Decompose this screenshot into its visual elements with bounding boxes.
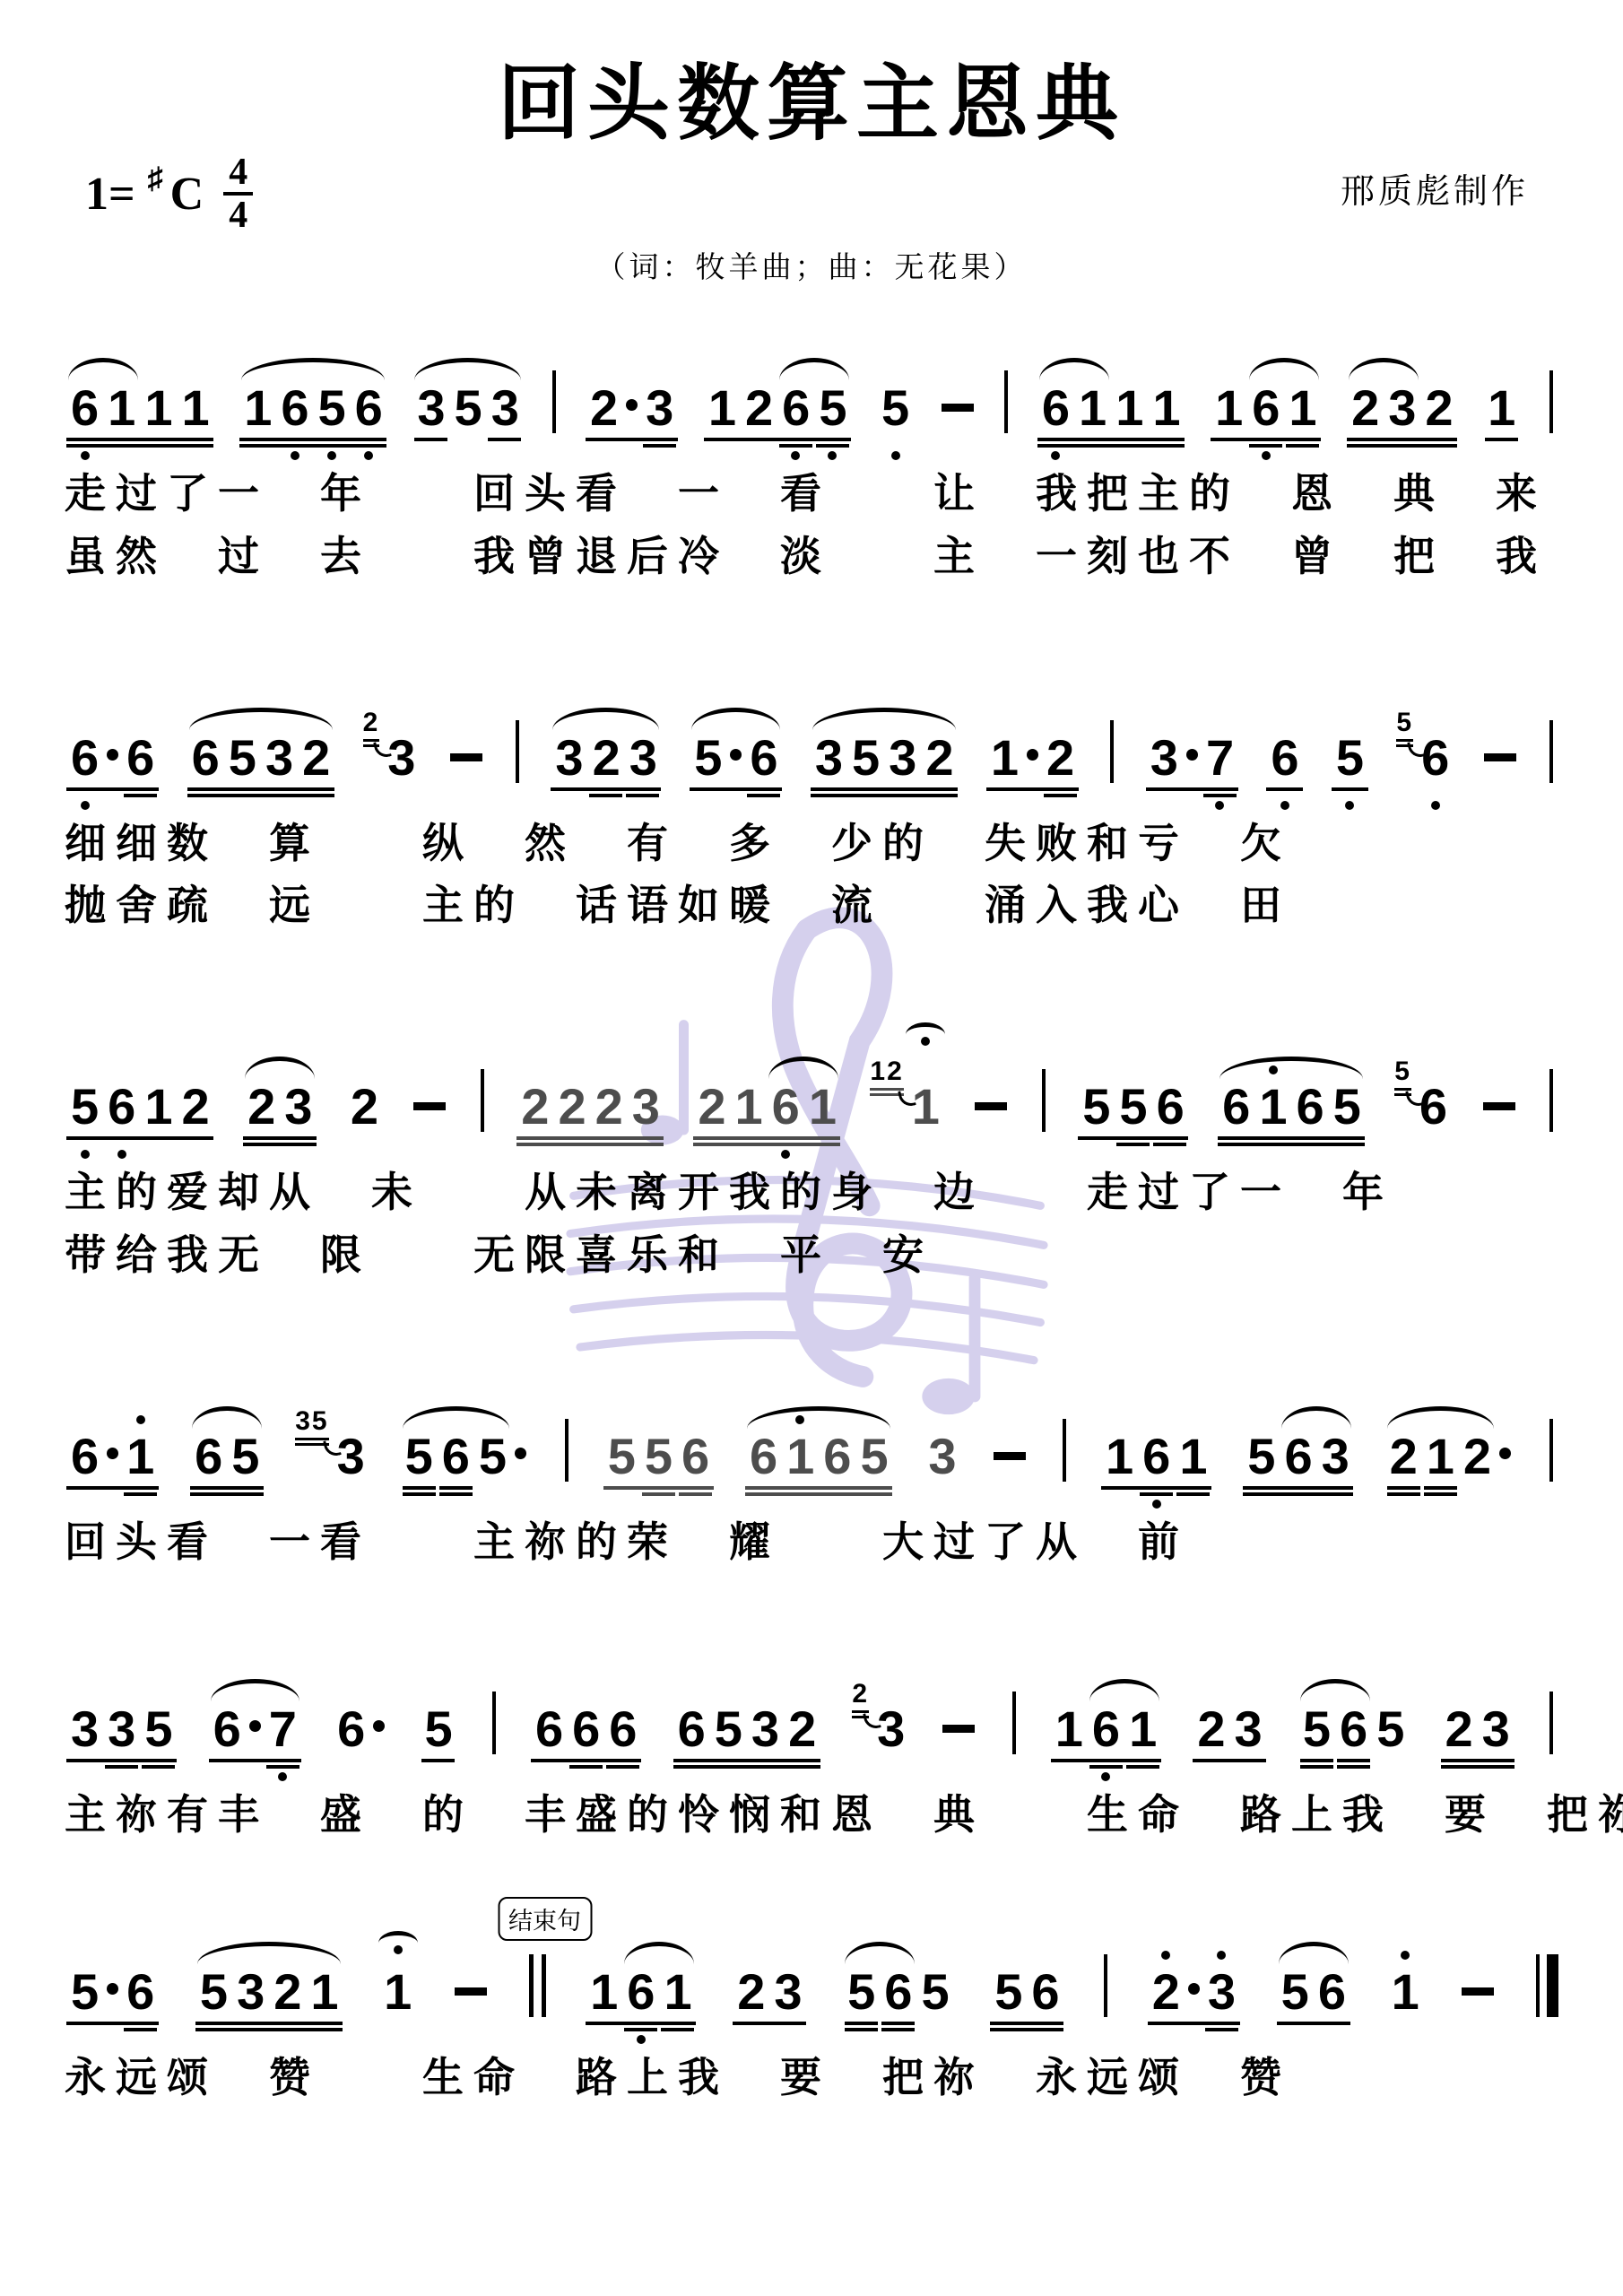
note-digit: 3 <box>625 733 662 783</box>
beam-underline <box>1441 1759 1515 1762</box>
grace-notes: 2 <box>852 1681 869 1718</box>
beam-underline <box>1243 1492 1353 1496</box>
octave-dot-low <box>1215 801 1224 810</box>
lyrics-verse1: 主的爱却从 未 从未离开我的身 边 走过了一 年 <box>65 1166 1558 1220</box>
note-digit: 1 <box>379 1967 416 2017</box>
note-digit: 5 <box>916 1967 953 2017</box>
note-digit: 2 <box>586 383 622 433</box>
note-digit: 3 <box>487 383 524 433</box>
beam-underline <box>690 787 782 791</box>
note-digit: 3 <box>232 1967 269 2017</box>
beam-underline-partial <box>881 2022 915 2025</box>
note-digit: 5 <box>1372 1704 1409 1754</box>
note-group: 23 <box>1439 1672 1516 1776</box>
sharp-icon: ♯ <box>148 162 163 196</box>
note-digit: 5 <box>140 1704 177 1754</box>
beam-underline <box>1078 1136 1188 1140</box>
slur-arc <box>779 358 849 380</box>
time-signature: 4 4 <box>223 152 253 235</box>
beam-underline-partial <box>1203 794 1237 797</box>
note-digit: 3 <box>769 1967 806 2017</box>
beam-underline-partial <box>266 1765 299 1769</box>
slur-arc <box>747 1406 890 1429</box>
beam-underline-partial <box>1044 794 1077 797</box>
beam-underline-partial <box>1286 444 1319 448</box>
note-digit: 3 <box>1384 383 1420 433</box>
note-group: 56 <box>688 700 784 804</box>
beam-underline-partial <box>439 1492 473 1496</box>
beam-underline-partial <box>845 2022 878 2025</box>
slur-arc <box>624 1942 694 1964</box>
barline <box>1549 1692 1553 1754</box>
note-digit: 6 <box>276 383 313 433</box>
octave-dot-low <box>364 451 373 460</box>
note-digit: 2 <box>298 733 334 783</box>
note-digit: 6 <box>1415 1082 1452 1132</box>
note-digit: 6 <box>351 383 387 433</box>
beam-underline <box>745 1486 892 1490</box>
barline <box>1549 370 1553 433</box>
grace-notes: 5 <box>1394 1058 1411 1096</box>
note-digit: 2 <box>733 1967 769 2017</box>
beam-underline-partial <box>1126 1765 1159 1769</box>
note-group: 1 <box>378 1935 418 2039</box>
octave-dot-low <box>1345 801 1354 810</box>
slur-arc <box>812 708 956 730</box>
sheet-music-page: 回头数算主恩典 1=♯C 4 4 邢质彪制作 （词：牧羊曲；曲：无花果） 611… <box>0 0 1623 2296</box>
note-digit: 1 <box>986 733 1023 783</box>
note-digit: 2 <box>1347 383 1384 433</box>
note-group: 2223 <box>515 1049 666 1153</box>
note-group: 23 <box>1191 1672 1268 1776</box>
note-digit: 6 <box>880 1967 916 2017</box>
beam-underline <box>1037 444 1185 448</box>
lyrics-verse1: 永远颂 赞 生命 路上我 要 把祢 永远颂 赞 <box>65 2051 1558 2105</box>
note-digit: 1 <box>1284 383 1321 433</box>
note-group: 1 <box>1385 1935 1426 2039</box>
beam-underline-partial <box>1337 1759 1370 1762</box>
beam-underline <box>990 2022 1063 2025</box>
note-digit: 5 <box>1115 1082 1151 1132</box>
note-digit: 5 <box>990 1967 1027 2017</box>
beam-underline-partial <box>589 794 622 797</box>
note-group: 2161 <box>691 1049 843 1153</box>
beam-underline-partial <box>624 2028 657 2031</box>
beam-underline <box>195 2022 343 2025</box>
note-digit: 2 <box>516 1082 553 1132</box>
beam-underline-partial <box>816 444 849 448</box>
note-digit: 6 <box>1027 1967 1063 2017</box>
note-group: 353 <box>411 351 525 455</box>
note-digit: 5 <box>1298 1704 1335 1754</box>
note-group: 5612 <box>65 1049 216 1153</box>
note-digit <box>369 1704 388 1754</box>
dash-note <box>1483 1102 1515 1110</box>
note-digit: 2 <box>177 1082 213 1132</box>
beam-underline-partial <box>1176 1492 1210 1496</box>
slur-arc <box>552 708 659 730</box>
note-digit <box>1185 1967 1203 2017</box>
octave-dot-low <box>81 801 90 810</box>
note-group: 161 <box>1209 351 1323 455</box>
beam-underline <box>1218 1143 1365 1146</box>
note-digit: 1 <box>140 1082 177 1132</box>
beam-underline-partial <box>881 2028 915 2031</box>
note-digit: 3 <box>1146 733 1183 783</box>
notes-row: 61111656353231265561111612321 <box>65 336 1558 455</box>
dash-note <box>942 404 974 412</box>
beam-underline <box>693 1136 840 1140</box>
note-digit: 3 <box>412 383 449 433</box>
duration-dot <box>107 1448 118 1459</box>
note-digit: 7 <box>1202 733 1238 783</box>
beam-underline <box>66 438 213 441</box>
note-digit: 6 <box>1088 1704 1124 1754</box>
note-digit <box>103 1967 122 2017</box>
note-digit: 3 <box>628 1082 664 1132</box>
lyrics-verse1: 细细数 算 纵 然 有 多 少的 失败和亏 欠 <box>65 817 1558 871</box>
note-digit <box>1023 733 1042 783</box>
slur-arc <box>845 1942 915 1964</box>
note-digit: 1 <box>704 383 741 433</box>
time-numerator: 4 <box>223 152 253 196</box>
note-group: 56 <box>988 1935 1065 2039</box>
barline <box>565 1419 568 1482</box>
note-digit: 2 <box>1148 1967 1185 2017</box>
note-digit <box>726 733 745 783</box>
note-digit: 1 <box>239 383 276 433</box>
beam-underline-partial <box>124 2028 157 2031</box>
beam-underline-partial <box>569 1765 603 1769</box>
slur-arc <box>403 1406 509 1429</box>
note-digit: 6 <box>568 1704 604 1754</box>
note-digit: 5 <box>710 1704 747 1754</box>
note-digit: 1 <box>1422 1431 1459 1482</box>
beam-underline <box>1193 1759 1266 1762</box>
beam-underline <box>187 794 334 797</box>
note-digit <box>511 1431 530 1482</box>
note-digit: 2 <box>588 733 625 783</box>
octave-dot-low <box>1051 451 1060 460</box>
beam-underline <box>1347 438 1457 441</box>
slur-arc <box>768 1057 838 1079</box>
note-digit: 6 <box>1218 1082 1254 1132</box>
fermata-dot <box>394 1945 403 1954</box>
beam-underline <box>239 438 386 441</box>
note-group: 565 <box>841 1935 955 2039</box>
octave-dot-low <box>1262 451 1271 460</box>
slur-arc <box>1387 1406 1494 1429</box>
note-digit: 6 <box>768 1082 804 1132</box>
note-digit: 2 <box>921 733 958 783</box>
note-digit <box>103 733 122 783</box>
note-group: 6165 <box>743 1399 895 1503</box>
beam-underline-partial <box>661 2028 694 2031</box>
barline <box>1110 720 1114 783</box>
note-digit: 2 <box>1193 1704 1229 1754</box>
double-barline: 结束句 <box>529 1954 546 2017</box>
note-digit: 3 <box>66 1704 103 1754</box>
arranger-credit: 邢质彪制作 <box>1341 163 1529 213</box>
note-group: 56 <box>1393 1026 1454 1153</box>
note-digit: 7 <box>265 1704 301 1754</box>
note-digit: 1 <box>140 383 177 433</box>
note-digit: 5 <box>847 733 884 783</box>
grace-notes: 5 <box>1396 709 1413 747</box>
note-digit: 6 <box>531 1704 568 1754</box>
system: 61111656353231265561111612321走过了一 年 回头看 … <box>65 336 1558 584</box>
duration-dot <box>249 1720 261 1732</box>
note-digit: 6 <box>1037 383 1074 433</box>
note-digit: 6 <box>1152 1082 1189 1132</box>
note-digit: 6 <box>190 1431 227 1482</box>
note-group: 1 <box>1481 351 1522 455</box>
note-digit: 6 <box>438 1431 474 1482</box>
beam-underline <box>986 787 1079 791</box>
system: 6665322332356353212376556细细数 算 纵 然 有 多 少… <box>65 677 1558 934</box>
note-group: 5 <box>875 351 916 455</box>
slur-arc <box>241 358 385 380</box>
grace-notes: 2 <box>363 709 380 747</box>
note-digit: 2 <box>693 1082 730 1132</box>
note-digit: 2 <box>741 383 777 433</box>
beam-underline-partial <box>779 444 812 448</box>
note-digit: 6 <box>122 1967 159 2017</box>
note-digit: 1 <box>306 1967 343 2017</box>
note-digit <box>1183 733 1202 783</box>
beam-underline <box>1218 1136 1365 1140</box>
ending-phrase-label: 结束句 <box>498 1897 592 1941</box>
beam-underline <box>745 1492 892 1496</box>
barline <box>1063 1419 1066 1482</box>
beam-underline <box>1051 1759 1161 1762</box>
note-digit: 6 <box>333 1704 369 1754</box>
beam-underline-partial <box>403 1486 436 1490</box>
slur-arc <box>245 1057 315 1079</box>
note-group: 335 <box>65 1672 178 1776</box>
song-title: 回头数算主恩典 <box>0 38 1623 156</box>
octave-dot-low <box>117 1150 126 1159</box>
note-digit: 1 <box>804 1082 841 1132</box>
note-digit: 5 <box>195 1967 232 2017</box>
slur-arc <box>1300 1679 1370 1701</box>
beam-underline <box>811 787 958 791</box>
beam-underline-partial <box>421 1759 455 1762</box>
note-digit: 5 <box>224 733 261 783</box>
beam-underline <box>603 1486 714 1490</box>
beam-underline-partial <box>643 444 676 448</box>
beam-underline <box>195 2028 343 2031</box>
beam-underline-partial <box>1249 444 1282 448</box>
beam-underline <box>66 1759 177 1762</box>
beam-underline <box>66 787 159 791</box>
note-group: 353 <box>293 1376 371 1503</box>
lyricist-composer-line: （词：牧羊曲；曲：无花果） <box>0 244 1623 286</box>
note-digit: 2 <box>269 1967 306 2017</box>
octave-dot-low <box>828 451 837 460</box>
note-digit: 1 <box>1175 1431 1211 1482</box>
beam-underline <box>811 794 958 797</box>
duration-dot <box>730 749 742 761</box>
notes-row: 561223222232161121556616556 <box>65 1026 1558 1153</box>
beam-underline <box>1101 1486 1211 1490</box>
lyrics-verse1: 主祢有丰 盛 的 丰盛的怜悯和恩 典 生命 路上我 要 把祢 <box>65 1788 1558 1842</box>
note-digit: 5 <box>227 1431 264 1482</box>
lyrics-verse1: 回头看 一看 主祢的荣 耀 大过了从 前 <box>65 1516 1558 1570</box>
beam-underline-partial <box>1300 1765 1333 1769</box>
note-group: 3532 <box>809 700 960 804</box>
beam-underline <box>66 1486 159 1490</box>
grace-notes: 12 <box>870 1058 903 1096</box>
note-group: 161 <box>1049 1672 1163 1776</box>
beam-underline <box>586 438 678 441</box>
beam-underline-partial <box>142 1765 175 1769</box>
duration-dot <box>1027 749 1038 761</box>
note-digit: 6 <box>209 1704 246 1754</box>
note-digit: 6 <box>1291 1082 1328 1132</box>
note-digit: 2 <box>591 1082 628 1132</box>
beam-underline <box>704 438 851 441</box>
note-digit: 5 <box>450 383 487 433</box>
note-group: 556 <box>602 1399 716 1503</box>
note-digit: 5 <box>640 1431 677 1482</box>
note-digit: 1 <box>1074 383 1111 433</box>
note-group: 61 <box>65 1399 161 1503</box>
note-digit: 3 <box>103 1704 140 1754</box>
slur-arc <box>1349 358 1419 380</box>
system: 561223222232161121556616556主的爱却从 未 从未离开我… <box>65 1026 1558 1283</box>
note-digit <box>103 1431 122 1482</box>
note-group: 56 <box>65 1935 161 2039</box>
beam-underline-partial <box>1387 1492 1420 1496</box>
note-digit: 3 <box>924 1431 960 1482</box>
note-digit: 5 <box>1332 733 1368 783</box>
note-digit: 3 <box>261 733 298 783</box>
note-digit: 6 <box>1247 383 1284 433</box>
lyrics-verse2: 抛舍疏 远 主的 话语如暖 流 涌入我心 田 <box>65 879 1558 933</box>
note-group: 6 <box>331 1672 390 1776</box>
beam-underline-partial <box>1424 1486 1457 1490</box>
note-digit: 6 <box>777 383 814 433</box>
note-digit: 3 <box>280 1082 317 1132</box>
beam-underline-partial <box>1337 1765 1370 1769</box>
barline <box>492 1692 496 1754</box>
octave-dot-low <box>791 451 800 460</box>
note-group: 5321 <box>194 1935 345 2039</box>
beam-underline-partial <box>488 438 521 441</box>
note-digit: 6 <box>622 1967 659 2017</box>
beam-underline-partial <box>1116 1143 1150 1146</box>
octave-dot-low <box>1280 801 1289 810</box>
note-digit: 5 <box>690 733 726 783</box>
note-digit: 3 <box>811 733 847 783</box>
note-group: 67 <box>207 1672 303 1776</box>
note-digit: 6 <box>604 1704 641 1754</box>
barline <box>1104 1954 1107 2017</box>
note-group: 56 <box>1275 1935 1352 2039</box>
duration-dot <box>1499 1448 1511 1459</box>
beam-underline-partial <box>606 1765 639 1769</box>
note-digit: 3 <box>383 733 420 783</box>
note-group: 666 <box>529 1672 643 1776</box>
dash-note <box>450 753 482 761</box>
note-digit: 3 <box>747 1704 784 1754</box>
slur-arc <box>192 1406 262 1429</box>
slur-arc <box>211 1679 299 1701</box>
note-digit: 1 <box>1111 383 1148 433</box>
octave-dot-low <box>891 451 900 460</box>
octave-dot-low <box>291 451 299 460</box>
barline <box>1042 1069 1046 1132</box>
note-digit: 6 <box>103 1082 140 1132</box>
barline <box>1004 370 1008 433</box>
octave-dot-high <box>136 1415 145 1424</box>
note-digit: 3 <box>551 733 587 783</box>
music-systems: 61111656353231265561111612321走过了一 年 回头看 … <box>0 309 1623 2105</box>
octave-dot-low <box>1431 801 1440 810</box>
duration-dot <box>107 1983 118 1995</box>
beam-underline-partial <box>642 1492 675 1496</box>
time-denominator: 4 <box>223 196 253 235</box>
barline <box>516 720 519 783</box>
note-digit: 5 <box>1329 1082 1366 1132</box>
beam-underline <box>1243 1486 1353 1490</box>
note-group: 161 <box>584 1935 698 2039</box>
beam-underline <box>1441 1765 1515 1769</box>
slur-arc <box>189 708 333 730</box>
note-digit: 1 <box>731 1082 768 1132</box>
note-digit: 3 <box>1230 1704 1267 1754</box>
note-digit: 3 <box>1203 1967 1240 2017</box>
note-group: 161 <box>1099 1399 1213 1503</box>
barline <box>481 1069 484 1132</box>
lyrics-verse1: 走过了一 年 回头看 一 看 让 我把主的 恩 典 来 <box>65 467 1558 521</box>
note-group: 23 <box>241 1049 318 1153</box>
note-digit: 1 <box>1101 1431 1138 1482</box>
note-digit: 6 <box>1417 733 1454 783</box>
note-group: 565 <box>399 1399 532 1503</box>
beam-underline-partial <box>1300 1759 1333 1762</box>
beam-underline-partial <box>747 794 780 797</box>
note-digit: 5 <box>603 1431 640 1482</box>
note-group: 556 <box>1076 1049 1190 1153</box>
beam-underline-partial <box>124 794 157 797</box>
barline <box>552 370 556 433</box>
beam-underline <box>190 1492 264 1496</box>
note-group: 6111 <box>65 351 216 455</box>
key-prefix: 1= <box>85 168 135 221</box>
note-digit: 6 <box>677 1431 714 1482</box>
beam-underline-partial <box>1205 2028 1238 2031</box>
slur-arc <box>1219 1057 1363 1079</box>
note-digit: 1 <box>1483 383 1520 433</box>
octave-dot-low <box>1152 1500 1161 1509</box>
beam-underline <box>1037 438 1185 441</box>
note-digit: 6 <box>1280 1431 1316 1482</box>
final-barline <box>1536 1954 1558 2017</box>
dash-note <box>1462 1987 1494 1996</box>
note-digit: 1 <box>659 1967 696 2017</box>
note-group: 121 <box>868 1026 946 1153</box>
note-digit: 1 <box>1254 1082 1291 1132</box>
notes-row: 33567656666532231612356523 <box>65 1648 1558 1776</box>
note-group: 66 <box>65 700 161 804</box>
note-group: 1265 <box>702 351 854 455</box>
note-digit: 5 <box>66 1967 103 2017</box>
note-digit: 1 <box>103 383 140 433</box>
beam-underline-partial <box>1485 438 1518 441</box>
beam-underline-partial <box>1387 1486 1420 1490</box>
